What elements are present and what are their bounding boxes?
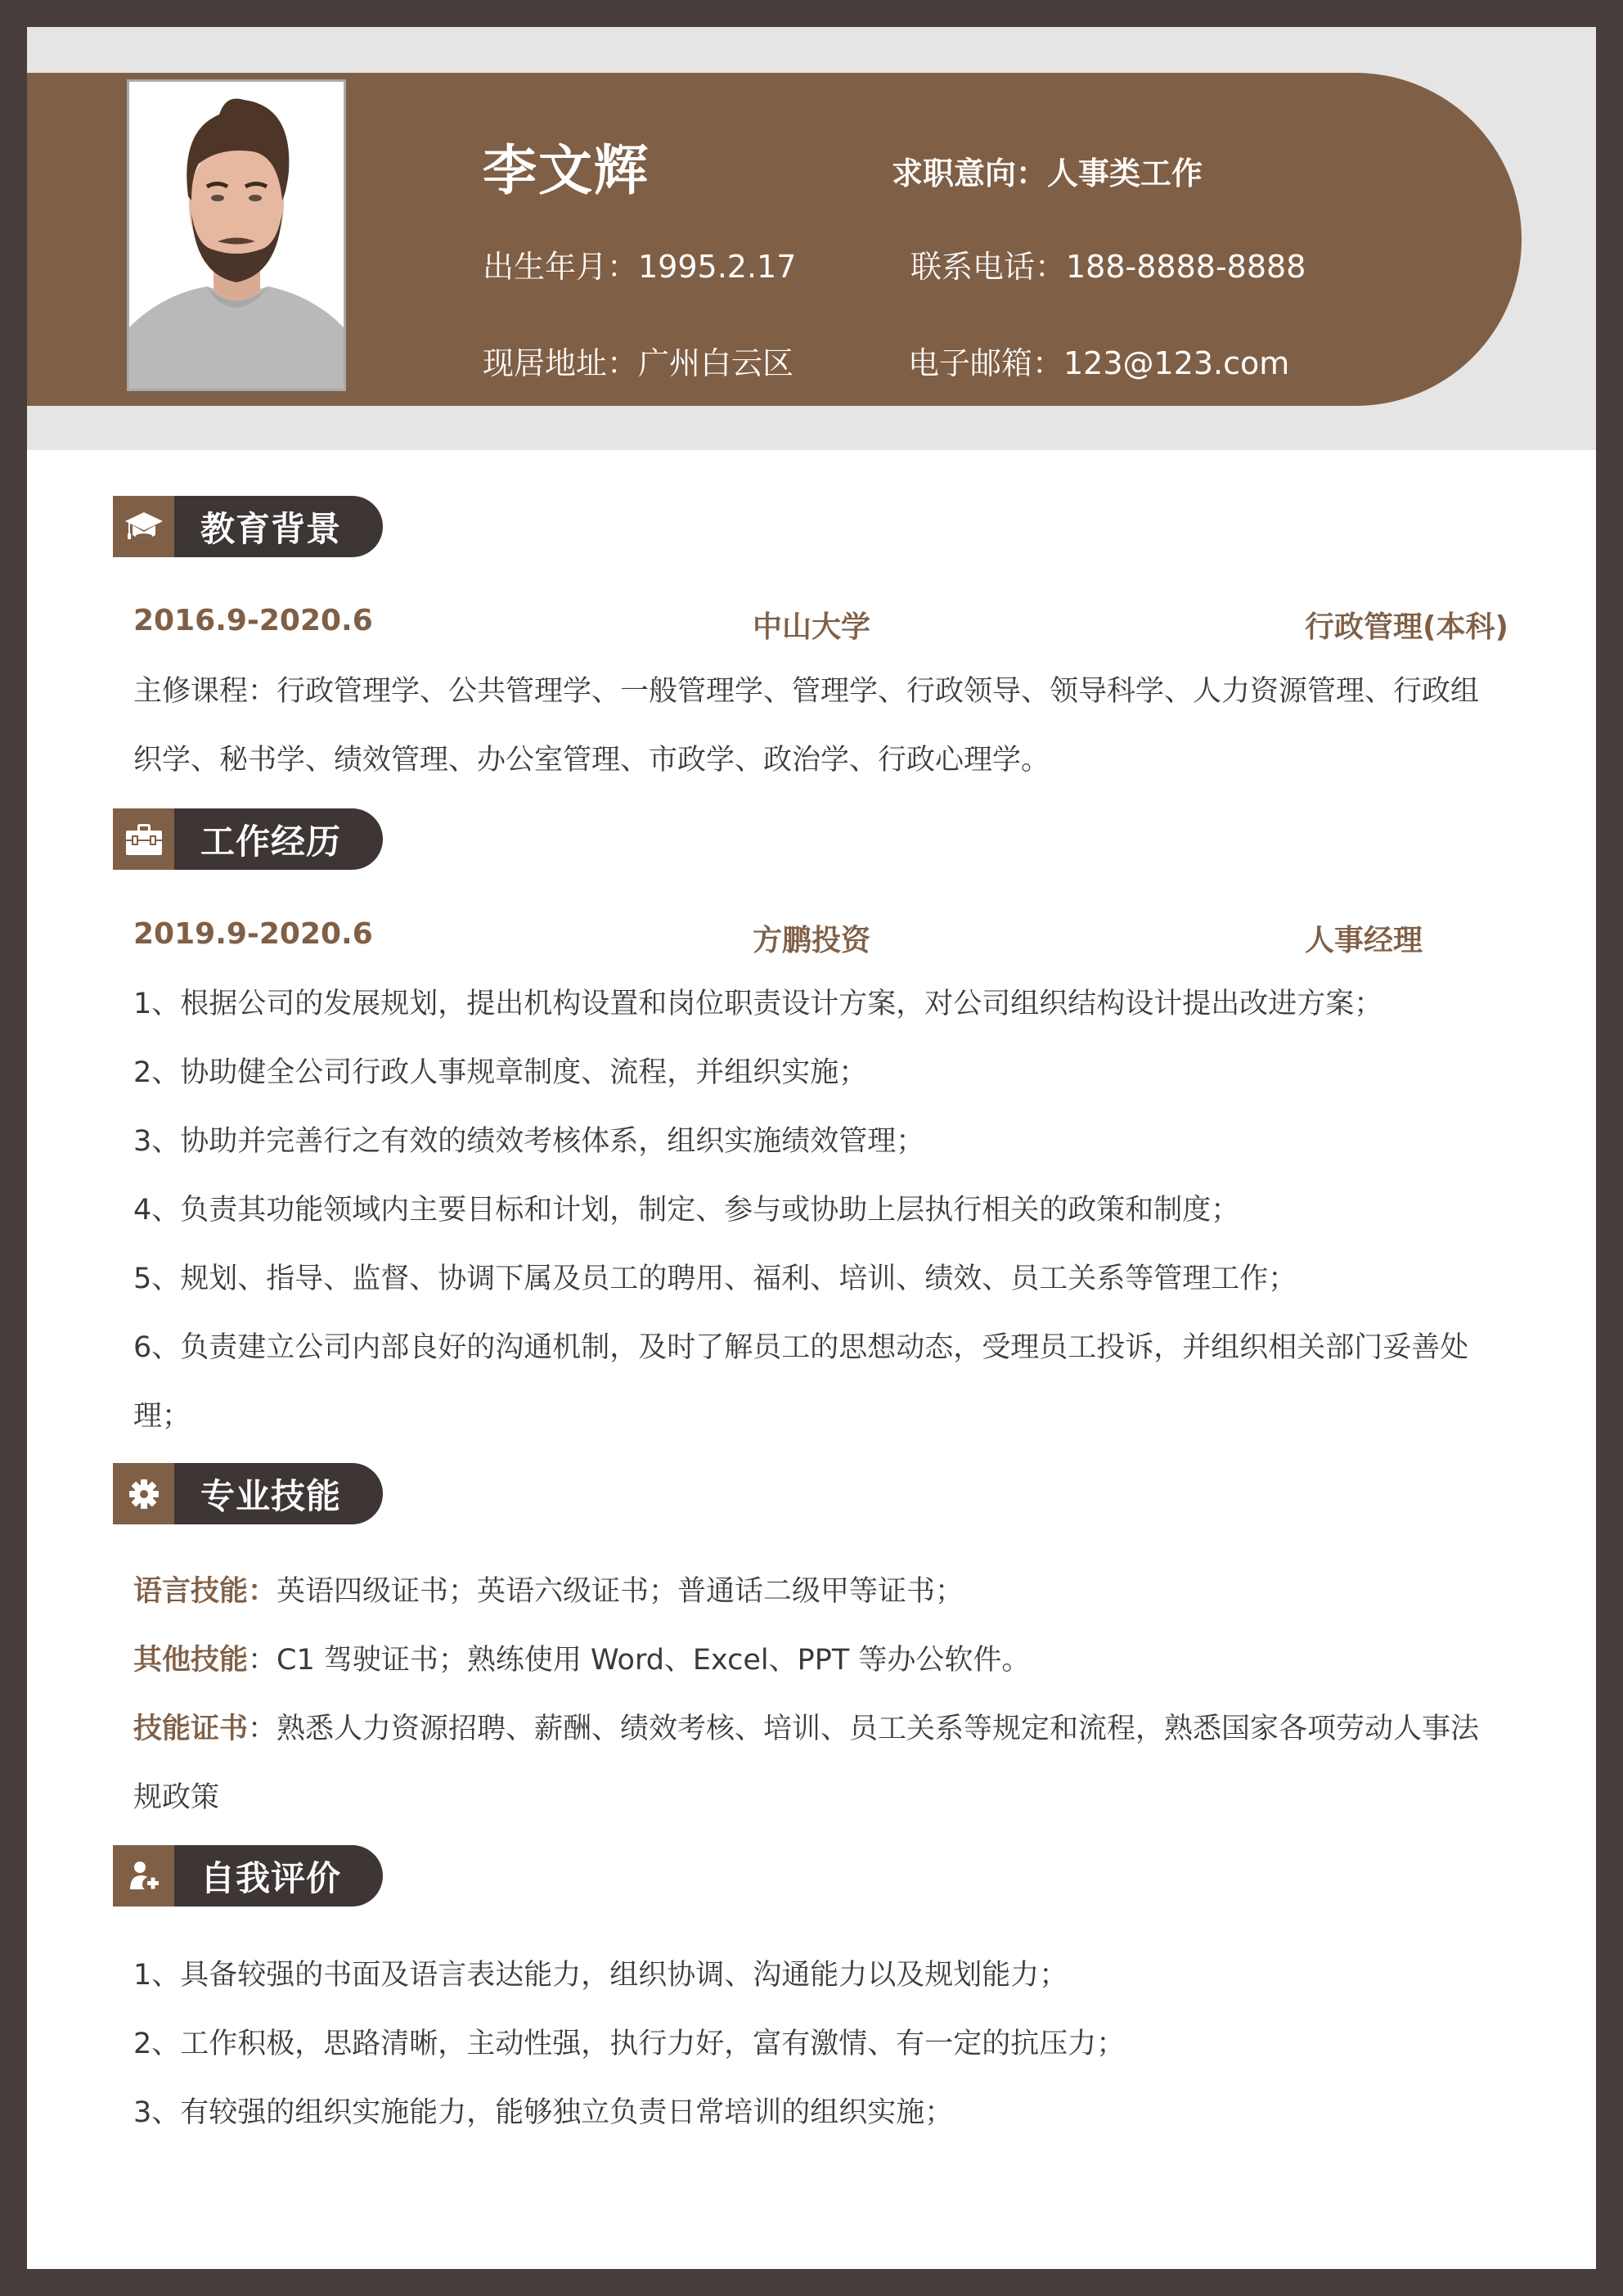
skill-item-language: 语言技能：英语四级证书；英语六级证书；普通话二级甲等证书；: [133, 1557, 1495, 1626]
education-summary-row: 2016.9-2020.6 中山大学 行政管理(本科): [133, 604, 1491, 645]
skill-text: ：熟悉人力资源招聘、薪酬、绩效考核、培训、员工关系等规定和流程，熟悉国家各项劳动…: [133, 1713, 1479, 1814]
birth-date: 出生年月：1995.2.17: [483, 241, 796, 286]
section-title: 工作经历: [174, 808, 383, 870]
position: 人事经理: [1305, 917, 1423, 959]
skill-item-certificate: 技能证书：熟悉人力资源招聘、薪酬、绩效考核、培训、员工关系等规定和流程，熟悉国家…: [133, 1695, 1495, 1832]
skill-label: 语言技能：: [133, 1575, 276, 1608]
phone-number: 联系电话：188-8888-8888: [910, 241, 1306, 286]
list-item: 2、工作积极，思路清晰，主动性强，执行力好，富有激情、有一定的抗压力；: [133, 2010, 1495, 2078]
work-period: 2019.9-2020.6: [133, 917, 373, 951]
list-item: 2、协助健全公司行政人事规章制度、流程，并组织实施；: [133, 1038, 1495, 1107]
job-intent: 求职意向：人事类工作: [892, 148, 1203, 193]
gear-icon: [113, 1463, 174, 1524]
list-item: 5、规划、指导、监督、协调下属及员工的聘用、福利、培训、绩效、员工关系等管理工作…: [133, 1245, 1495, 1313]
candidate-name: 李文辉: [483, 127, 650, 205]
work-summary-row: 2019.9-2020.6 方鹏投资 人事经理: [133, 917, 1491, 958]
work-duties: 1、根据公司的发展规划，提出机构设置和岗位职责设计方案，对公司组织结构设计提出改…: [133, 970, 1495, 1451]
skill-text: 英语四级证书；英语六级证书；普通话二级甲等证书；: [276, 1575, 964, 1608]
profile-photo: [127, 79, 346, 391]
education-period: 2016.9-2020.6: [133, 604, 373, 637]
resume-page: 李文辉 求职意向：人事类工作 出生年月：1995.2.17 联系电话：188-8…: [27, 27, 1596, 2269]
company-name: 方鹏投资: [753, 917, 870, 959]
section-header-education: 教育背景: [113, 496, 383, 557]
section-header-self-eval: 自我评价: [113, 1845, 383, 1907]
address: 现居地址：广州白云区: [483, 338, 794, 383]
section-title: 专业技能: [174, 1463, 383, 1524]
list-item: 3、协助并完善行之有效的绩效考核体系，组织实施绩效管理；: [133, 1107, 1495, 1176]
portrait-icon: [129, 82, 344, 389]
school-name: 中山大学: [753, 604, 870, 646]
email: 电子邮箱：123@123.com: [908, 338, 1289, 383]
skill-item-other: 其他技能：C1 驾驶证书；熟练使用 Word、Excel、PPT 等办公软件。: [133, 1626, 1495, 1695]
graduation-cap-icon: [113, 496, 174, 557]
user-plus-icon: [113, 1845, 174, 1907]
skill-label: 技能证书: [133, 1713, 248, 1745]
list-item: 3、有较强的组织实施能力，能够独立负责日常培训的组织实施；: [133, 2078, 1495, 2147]
section-title: 教育背景: [174, 496, 383, 557]
section-title: 自我评价: [174, 1845, 383, 1907]
education-courses: 主修课程：行政管理学、公共管理学、一般管理学、管理学、行政领导、领导科学、人力资…: [133, 657, 1495, 795]
list-item: 1、具备较强的书面及语言表达能力，组织协调、沟通能力以及规划能力；: [133, 1941, 1495, 2010]
skill-text: ：C1 驾驶证书；熟练使用 Word、Excel、PPT 等办公软件。: [248, 1644, 1030, 1677]
list-item: 6、负责建立公司内部良好的沟通机制，及时了解员工的思想动态，受理员工投诉，并组织…: [133, 1313, 1495, 1451]
section-header-skills: 专业技能: [113, 1463, 383, 1524]
list-item: 4、负责其功能领域内主要目标和计划，制定、参与或协助上层执行相关的政策和制度；: [133, 1176, 1495, 1245]
section-header-work: 工作经历: [113, 808, 383, 870]
list-item: 1、根据公司的发展规划，提出机构设置和岗位职责设计方案，对公司组织结构设计提出改…: [133, 970, 1495, 1038]
briefcase-icon: [113, 808, 174, 870]
major: 行政管理(本科): [1305, 604, 1508, 646]
courses-text: 主修课程：行政管理学、公共管理学、一般管理学、管理学、行政领导、领导科学、人力资…: [133, 657, 1495, 795]
self-eval-list: 1、具备较强的书面及语言表达能力，组织协调、沟通能力以及规划能力； 2、工作积极…: [133, 1941, 1495, 2147]
skill-label: 其他技能: [133, 1644, 248, 1677]
skills-list: 语言技能：英语四级证书；英语六级证书；普通话二级甲等证书； 其他技能：C1 驾驶…: [133, 1557, 1495, 1832]
